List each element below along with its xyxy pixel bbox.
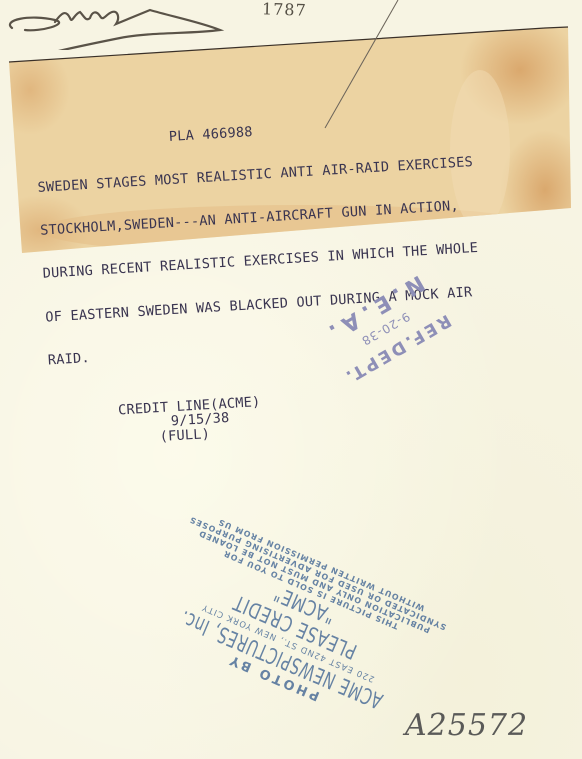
handwritten-archive-number: A25572 — [405, 708, 528, 743]
photo-id: PLA 466988 — [35, 108, 535, 152]
credit-row: CREDIT LINE(ACME) 9/15/38 (FULL) — [50, 363, 553, 465]
caption-body-line: STOCKHOLM,SWEDEN---AN ANTI-AIRCRAFT GUN … — [40, 194, 540, 238]
photo-back-page: 1787 — [0, 0, 582, 759]
caption-label: PLA 466988 SWEDEN STAGES MOST REALISTIC … — [0, 0, 582, 260]
caption-headline: SWEDEN STAGES MOST REALISTIC ANTI AIR-RA… — [37, 151, 537, 195]
size-note: (FULL) — [159, 427, 210, 444]
